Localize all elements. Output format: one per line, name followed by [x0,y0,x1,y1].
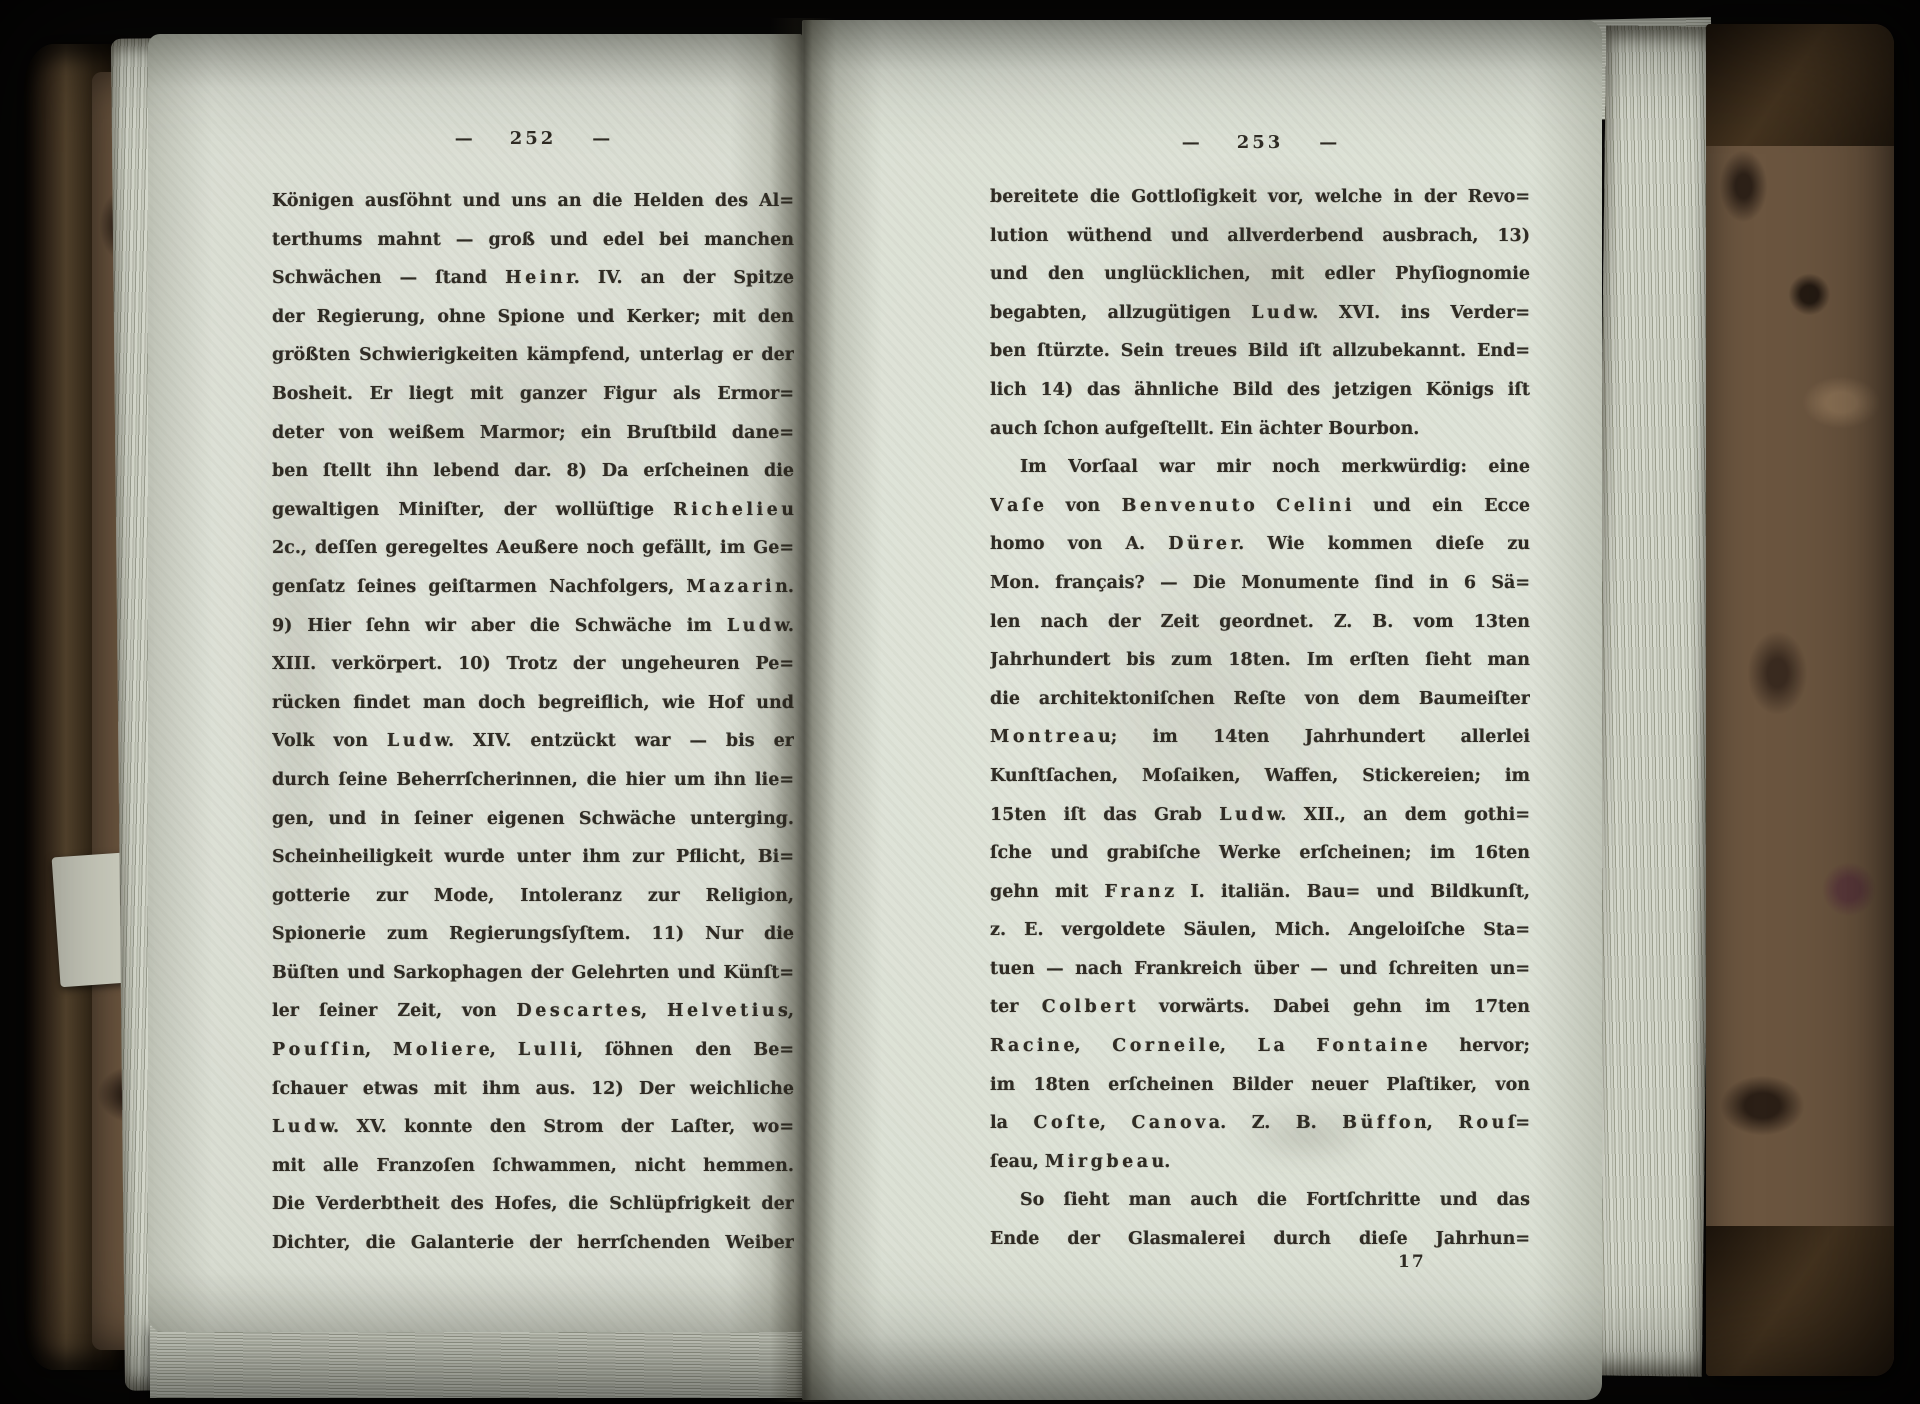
bottom-page-stack-edges [150,1322,802,1398]
text-line: M o n t r e a u; im 14ten Jahrhundert al… [990,718,1530,757]
page-text: Königen ausſöhnt und uns an die Helden d… [272,182,794,1263]
text-line: gehn mit F r a n z I. italiän. Bau= und … [990,873,1530,912]
text-line: die architektoniſchen Reſte von dem Baum… [990,680,1530,719]
text-line: ſeau, M i r g b e a u. [990,1143,1530,1182]
text-line: deter von weißem Marmor; ein Bruſtbild d… [272,414,794,453]
text-line: lich 14) das ähnliche Bild des jetzigen … [990,371,1530,410]
text-line: ler ſeiner Zeit, von D e s c a r t e s, … [272,992,794,1031]
text-line: lution wüthend und allverderbend ausbrac… [990,217,1530,256]
text-line: Mon. français? — Die Monumente ſind in 6… [990,564,1530,603]
page-number: 252 [510,128,557,149]
header-rule-right: — [592,128,611,149]
text-line: der Regierung, ohne Spione und Kerker; m… [272,298,794,337]
text-line: Ende der Glasmalerei durch dieſe Jahrhun… [990,1220,1530,1259]
page-text: bereitete die Gottloſigkeit vor, welche … [990,178,1530,1259]
text-line: Scheinheiligkeit wurde unter ihm zur Pfl… [272,838,794,877]
text-line: Jahrhundert bis zum 18ten. Im erſten ſie… [990,641,1530,680]
text-line: gotterie zur Mode, Intoleranz zur Religi… [272,877,794,916]
back-cover-marbled-edge [1706,24,1894,1376]
text-line: XIII. verkörpert. 10) Trotz der ungeheur… [272,645,794,684]
page-252: —252— Königen ausſöhnt und uns an die He… [148,34,802,1332]
text-line: Spionerie zum Regierungsſyſtem. 11) Nur … [272,915,794,954]
text-line: und den unglücklichen, mit edler Phyſiog… [990,255,1530,294]
text-line: genſatz ſeines geiſtarmen Nachfolgers, M… [272,568,794,607]
text-line: gen, und in ſeiner eigenen Schwäche unte… [272,800,794,839]
text-line: P o u ſ ſ i n, M o l i e r e, L u l l i,… [272,1031,794,1070]
text-line: ter C o l b e r t vorwärts. Dabei gehn i… [990,988,1530,1027]
page-253: —253— bereitete die Gottloſigkeit vor, w… [802,20,1602,1400]
text-line: rücken findet man doch begreiflich, wie … [272,684,794,723]
book-photo: —252— Königen ausſöhnt und uns an die He… [0,0,1920,1404]
text-line: 9) Hier ſehn wir aber die Schwäche im L … [272,607,794,646]
gutter-shadow [770,18,836,1402]
leather-corner-top [1706,24,1894,146]
right-page-stack-edges [1590,25,1718,1376]
text-line: 2c., deſſen geregeltes Aeußere noch gefä… [272,529,794,568]
text-line: Kunſtſachen, Moſaiken, Waffen, Stickerei… [990,757,1530,796]
text-line: R a c i n e, C o r n e i l e, L a F o n … [990,1027,1530,1066]
text-line: z. E. vergoldete Säulen, Mich. Angeloiſc… [990,911,1530,950]
text-line: ſche und grabiſche Werke erſcheinen; im … [990,834,1530,873]
text-line: homo von A. D ü r e r. Wie kommen dieſe … [990,525,1530,564]
text-line: Volk von L u d w. XIV. entzückt war — bi… [272,722,794,761]
text-line: Büſten und Sarkophagen der Gelehrten und… [272,954,794,993]
text-line: durch ſeine Beherrſcherinnen, die hier u… [272,761,794,800]
text-line: ben ſtürzte. Sein treues Bild iſt allzub… [990,332,1530,371]
text-line: len nach der Zeit geordnet. Z. B. vom 13… [990,603,1530,642]
text-line: auch ſchon aufgeſtellt. Ein ächter Bourb… [990,410,1530,449]
text-line: ſchauer etwas mit ihm aus. 12) Der weich… [272,1070,794,1109]
leather-corner-bottom [1706,1226,1894,1376]
text-line: terthums mahnt — groß und edel bei manch… [272,221,794,260]
text-line: bereitete die Gottloſigkeit vor, welche … [990,178,1530,217]
header-rule-right: — [1319,132,1338,153]
text-line: Königen ausſöhnt und uns an die Helden d… [272,182,794,221]
page-number: 253 [1237,132,1284,153]
text-line: So ſieht man auch die Fortſchritte und d… [990,1181,1530,1220]
header-rule-left: — [1182,132,1201,153]
text-line: Im Vorſaal war mir noch merkwürdig: eine [990,448,1530,487]
text-line: mit alle Franzoſen ſchwammen, nicht hemm… [272,1147,794,1186]
page-header: —252— [272,128,794,149]
text-line: 15ten iſt das Grab L u d w. XII., an dem… [990,796,1530,835]
text-line: la C o ſ t e, C a n o v a. Z. B. B ü f f… [990,1104,1530,1143]
text-line: L u d w. XV. konnte den Strom der Laſter… [272,1108,794,1147]
signature-mark: 17 [1398,1252,1426,1272]
header-rule-left: — [455,128,474,149]
page-header: —253— [990,132,1530,153]
text-line: Dichter, die Galanterie der herrſchenden… [272,1224,794,1263]
text-line: begabten, allzugütigen L u d w. XVI. ins… [990,294,1530,333]
text-line: tuen — nach Frankreich über — und ſchrei… [990,950,1530,989]
text-line: im 18ten erſcheinen Bilder neuer Plaſtik… [990,1066,1530,1105]
text-line: Die Verderbtheit des Hofes, die Schlüpfr… [272,1185,794,1224]
text-line: gewaltigen Miniſter, der wollüſtige R i … [272,491,794,530]
text-line: größten Schwierigkeiten kämpfend, unterl… [272,336,794,375]
text-line: Schwächen — ſtand H e i n r. IV. an der … [272,259,794,298]
text-line: V a ſ e von B e n v e n u t o C e l i n … [990,487,1530,526]
text-line: Bosheit. Er liegt mit ganzer Figur als E… [272,375,794,414]
open-book: —252— Königen ausſöhnt und uns an die He… [0,0,1920,1404]
text-line: ben ſtellt ihn lebend dar. 8) Da erſchei… [272,452,794,491]
